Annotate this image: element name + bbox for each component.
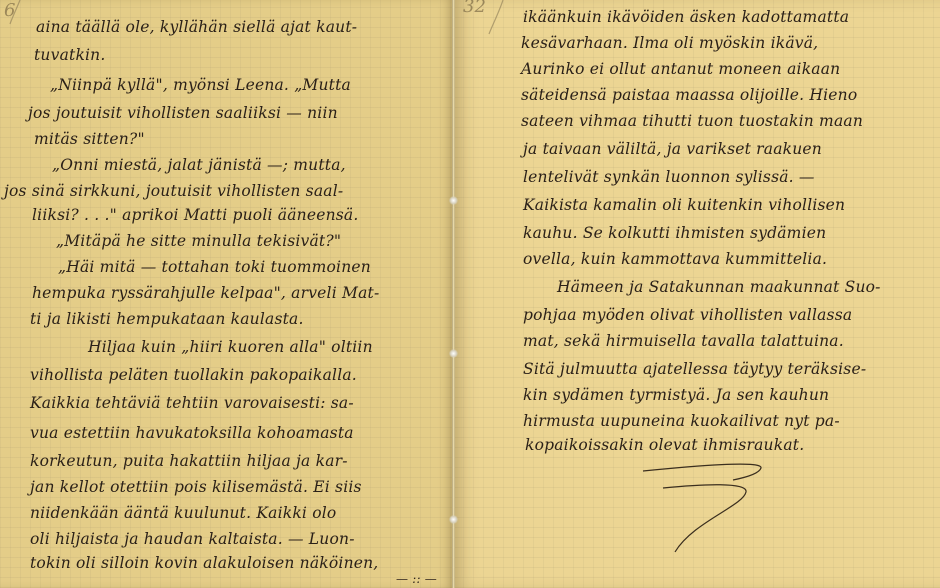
- text-line: Hämeen ja Satakunnan maakunnat Suo-: [557, 272, 881, 302]
- section-end-mark: — :: —: [396, 564, 437, 588]
- text-line: vua estettiin havukatoksilla kohoamasta: [30, 418, 354, 448]
- text-line: tokin oli silloin kovin alakuloisen näkö…: [30, 548, 378, 578]
- left-page: 6 aina täällä ole, kyllähän siellä ajat …: [0, 0, 453, 588]
- text-line: ti ja likisti hempukataan kaulasta.: [30, 304, 304, 334]
- corner-mark-icon: [2, 0, 42, 40]
- text-line: lentelivät synkän luonnon sylissä. —: [523, 162, 815, 192]
- text-line: ovella, kuin kammottava kummittelia.: [523, 244, 827, 274]
- staple-icon: [449, 196, 458, 205]
- text-line: Hiljaa kuin „hiiri kuoren alla" oltiin: [88, 332, 373, 362]
- text-line: vihollista peläten tuollakin pakopaikall…: [30, 360, 357, 390]
- staple-icon: [449, 515, 458, 524]
- text-line: Kaikista kamalin oli kuitenkin vihollise…: [523, 190, 845, 220]
- staple-icon: [449, 349, 458, 358]
- text-line: Kaikkia tehtäviä tehtiin varovaisesti: s…: [30, 388, 354, 418]
- text-line: ja taivaan väliltä, ja varikset raakuen: [523, 134, 822, 164]
- corner-mark-icon: [473, 0, 513, 50]
- text-line: sateen vihmaa tihutti tuon tuostakin maa…: [521, 106, 863, 136]
- text-line: tuvatkin.: [34, 40, 106, 70]
- page-gutter: [452, 0, 455, 588]
- manuscript-spread: 6 aina täällä ole, kyllähän siellä ajat …: [0, 0, 940, 588]
- text-line: mat, sekä hirmuisella tavalla talattuina…: [523, 326, 844, 356]
- text-line: „Niinpä kyllä", myönsi Leena. „Mutta: [50, 70, 351, 100]
- flourish-signature-icon: [633, 460, 783, 560]
- text-line: aina täällä ole, kyllähän siellä ajat ka…: [36, 12, 357, 42]
- right-page: 32 ikäänkuin ikävöiden äsken kadottamatt…: [453, 0, 940, 588]
- text-line: kopaikoissakin olevat ihmisraukat.: [525, 430, 804, 460]
